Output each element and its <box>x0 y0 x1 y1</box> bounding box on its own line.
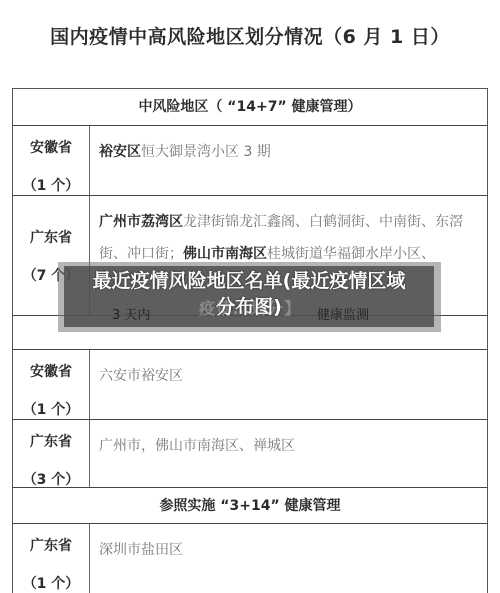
page: 国内疫情中高风险地区划分情况（6 月 1 日） 中风险地区（ “14+7” 健康… <box>0 0 500 593</box>
table-row: 广东省 （3 个） 广州市，佛山市南海区、禅城区 <box>13 420 487 488</box>
table-row: 广东省 （1 个） 深圳市盐田区 <box>13 524 487 593</box>
areas-cell: 深圳市盐田区 <box>90 524 487 593</box>
areas-cell: 六安市裕安区 <box>90 350 487 419</box>
province-name: 安徽省 <box>30 360 72 384</box>
province-name: 广东省 <box>30 430 72 454</box>
province-name: 安徽省 <box>30 136 72 160</box>
section-header-reference: 参照实施 “3+14” 健康管理 <box>13 488 487 524</box>
areas-cell: 广州市，佛山市南海区、禅城区 <box>90 420 487 487</box>
province-cell: 广东省 （1 个） <box>13 524 90 593</box>
overlay-title-line1: 最近疫情风险地区名单(最近疫情区域 <box>64 268 434 294</box>
risk-area-table: 中风险地区（ “14+7” 健康管理） 安徽省 （1 个） 裕安区恒大御景湾小区… <box>12 88 488 593</box>
area-detail: 桂城街道华福御水岸小区、 <box>267 246 435 262</box>
area-detail: 龙津街锦龙汇鑫阁、白鹤洞街、中南街、东 <box>183 214 449 230</box>
province-name: 广东省 <box>30 226 72 250</box>
area-detail: 深圳市盐田区 <box>99 542 183 558</box>
area-detail: 广州市，佛山市南海区、禅城区 <box>99 438 295 454</box>
province-cell: 安徽省 （1 个） <box>13 350 90 419</box>
area-district: 裕安区 <box>99 144 141 160</box>
province-count: （1 个） <box>23 398 80 422</box>
section-header-text: 中风险地区（ “14+7” 健康管理） <box>13 89 487 125</box>
overlay-title: 最近疫情风险地区名单(最近疫情区域 分布图) <box>64 268 434 320</box>
area-detail: 恒大御景湾小区 3 期 <box>141 144 271 160</box>
table-row: 安徽省 （1 个） 裕安区恒大御景湾小区 3 期 <box>13 126 487 196</box>
section-header-text: 参照实施 “3+14” 健康管理 <box>13 488 487 524</box>
section-header-medium-risk: 中风险地区（ “14+7” 健康管理） <box>13 89 487 126</box>
overlay-title-line2: 分布图) <box>64 294 434 320</box>
areas-cell: 裕安区恒大御景湾小区 3 期 <box>90 126 487 195</box>
table-row: 安徽省 （1 个） 六安市裕安区 <box>13 350 487 420</box>
area-district: 佛山市南海区 <box>183 246 267 262</box>
province-cell: 广东省 （3 个） <box>13 420 90 487</box>
province-cell: 安徽省 （1 个） <box>13 126 90 195</box>
province-name: 广东省 <box>30 534 72 558</box>
province-count: （1 个） <box>23 174 80 198</box>
document-title: 国内疫情中高风险地区划分情况（6 月 1 日） <box>0 22 500 49</box>
province-count: （1 个） <box>23 572 80 593</box>
area-district: 广州市荔湾区 <box>99 214 183 230</box>
area-detail: 六安市裕安区 <box>99 368 183 384</box>
